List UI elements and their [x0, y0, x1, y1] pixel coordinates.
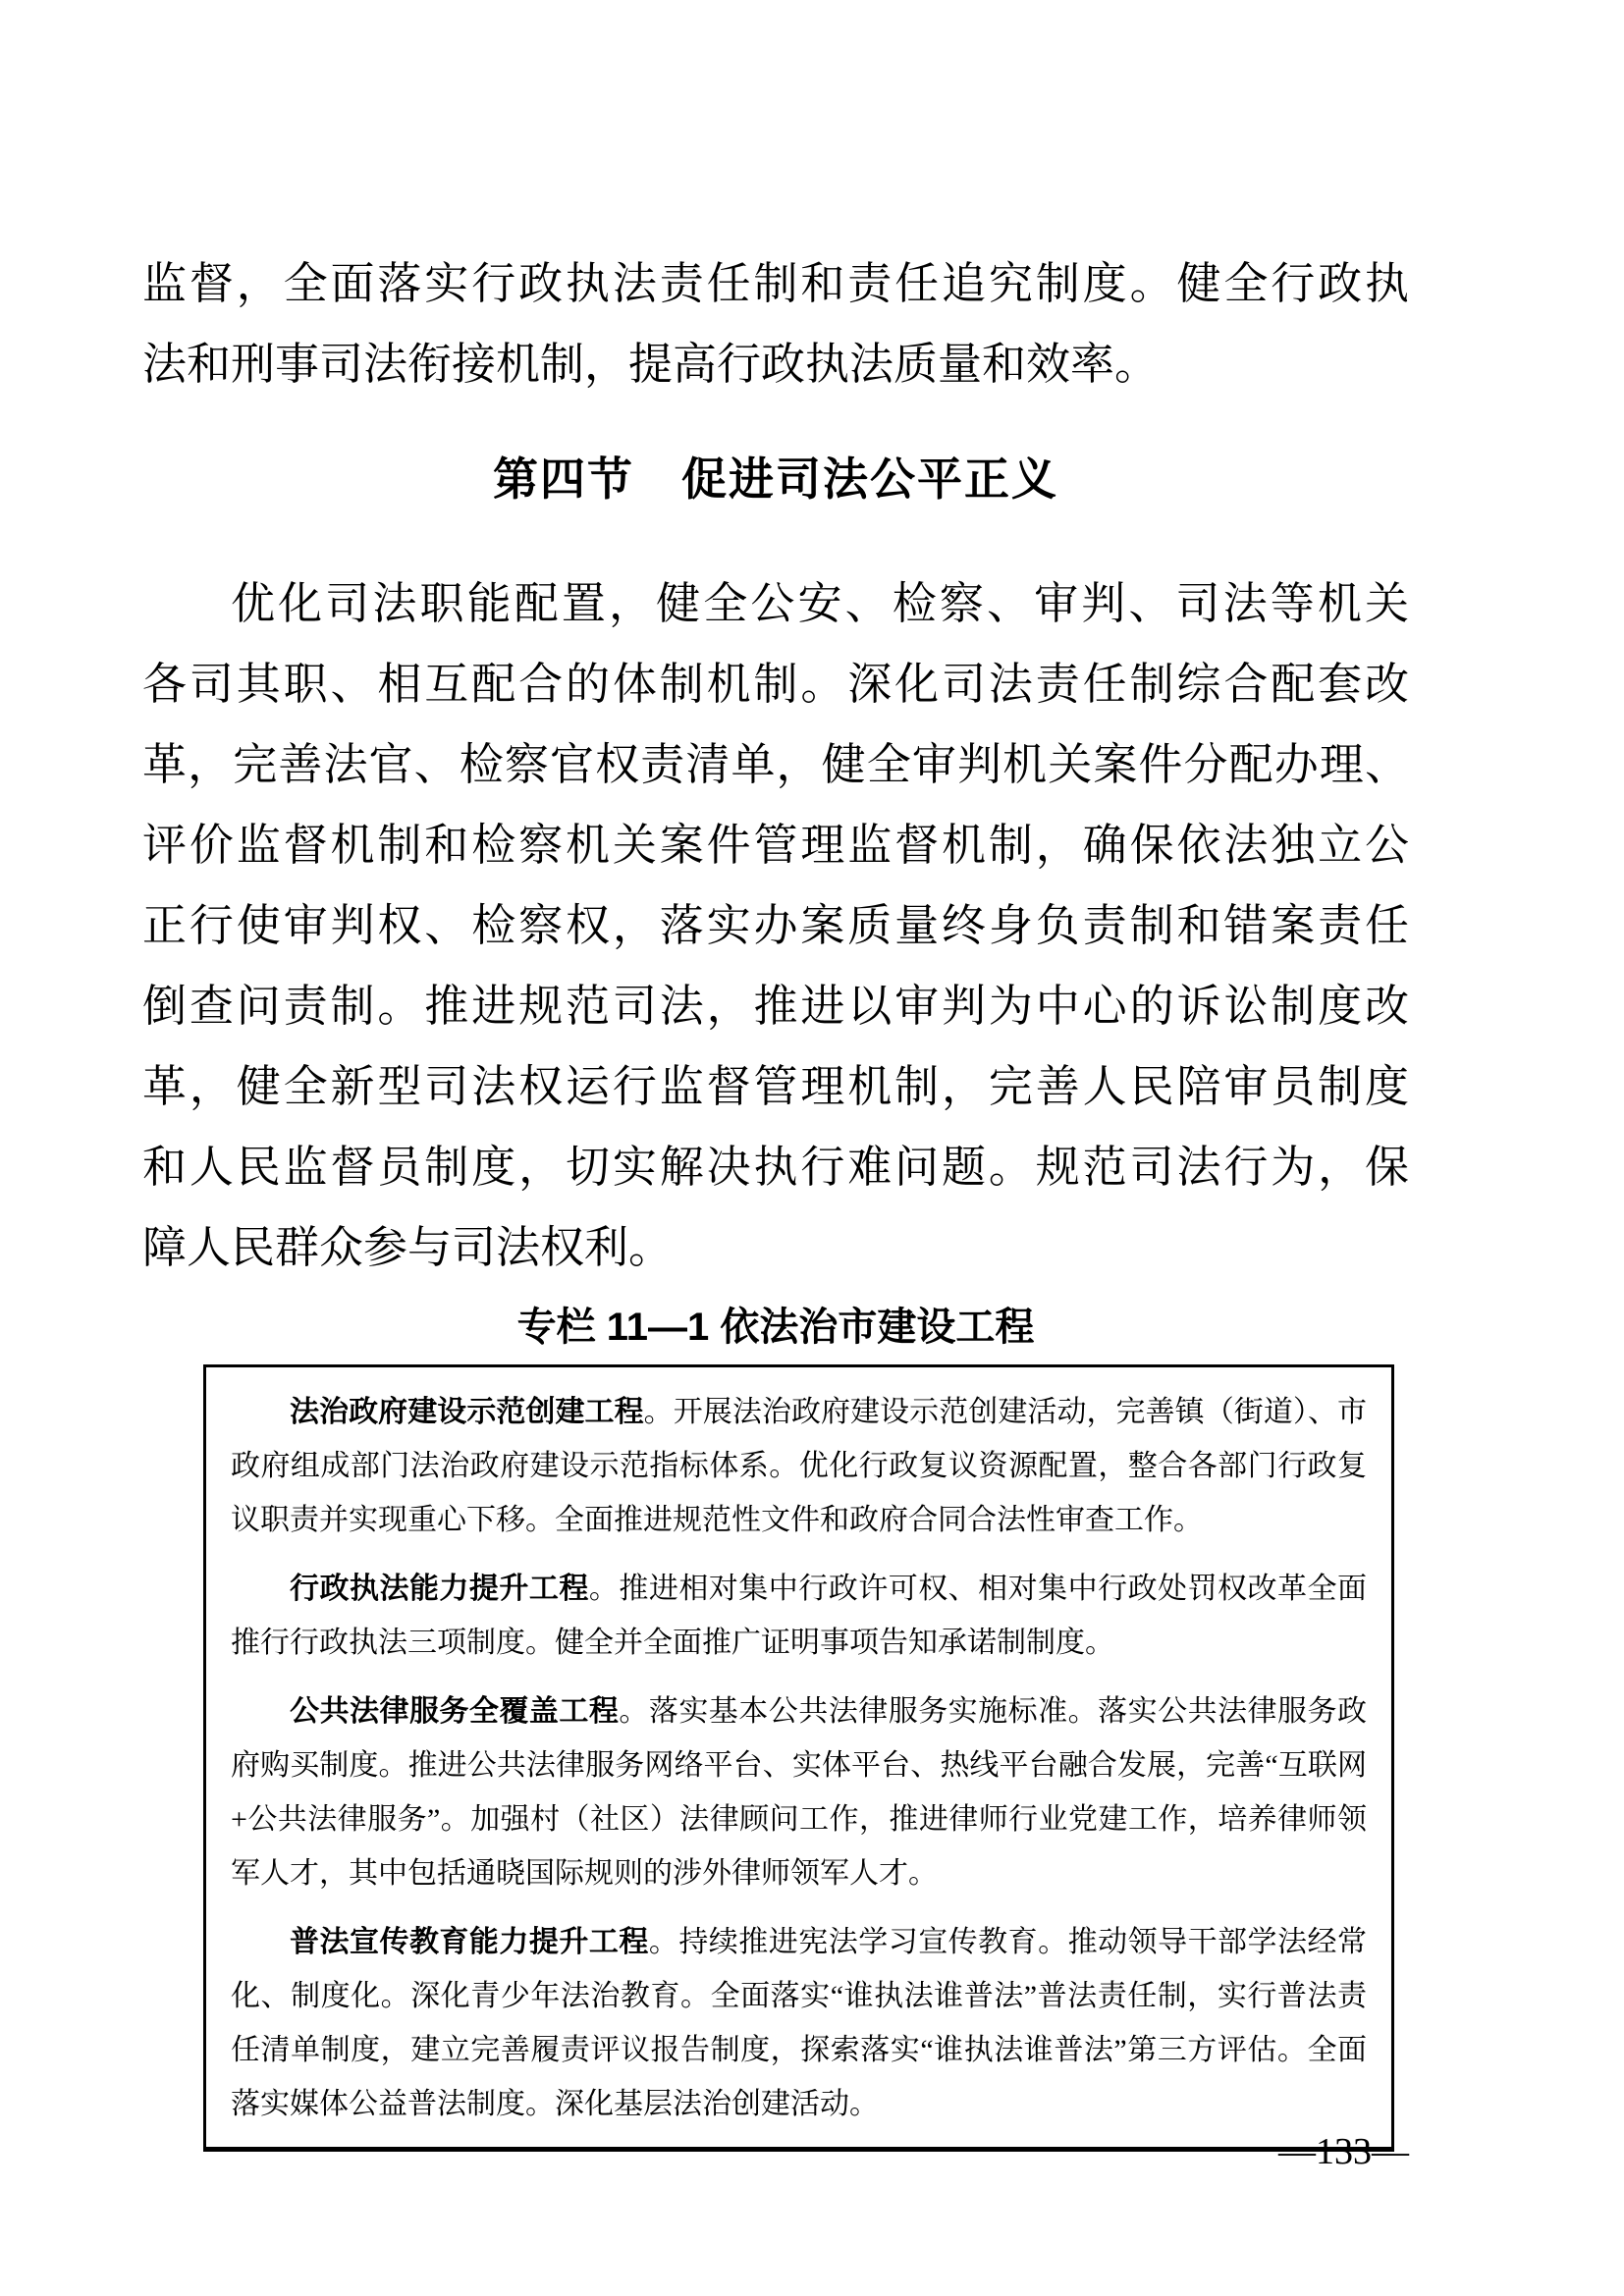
box-paragraph: 法治政府建设示范创建工程。开展法治政府建设示范创建活动，完善镇（街道）、市政府组…	[231, 1385, 1367, 1547]
box-paragraph: 公共法律服务全覆盖工程。落实基本公共法律服务实施标准。落实公共法律服务政府购买制…	[231, 1684, 1367, 1900]
intro-paragraph: 监督，全面落实行政执法责任制和责任追究制度。健全行政执 法和刑事司法衔接机制，提…	[142, 243, 1409, 404]
box-paragraph: 行政执法能力提升工程。推进相对集中行政许可权、相对集中行政处罚权改革全面推行行政…	[231, 1562, 1367, 1670]
document-page: { "intro": { "lines": [ "监督，全面落实行政执法责任制和…	[0, 0, 1624, 2296]
body-line: 优化司法职能配置，健全公安、检察、审判、司法等机关	[142, 563, 1409, 644]
box-paragraph-lead: 公共法律服务全覆盖工程	[290, 1695, 619, 1728]
box-paragraph-lead: 行政执法能力提升工程	[290, 1573, 589, 1605]
box-paragraph-lead: 法治政府建设示范创建工程	[290, 1396, 644, 1428]
body-paragraph: 优化司法职能配置，健全公安、检察、审判、司法等机关 各司其职、相互配合的体制机制…	[142, 563, 1409, 1288]
body-line: 各司其职、相互配合的体制机制。深化司法责任制综合配套改	[142, 644, 1409, 724]
body-line: 革，完善法官、检察官权责清单，健全审判机关案件分配办理、	[142, 724, 1409, 805]
info-box: 法治政府建设示范创建工程。开展法治政府建设示范创建活动，完善镇（街道）、市政府组…	[203, 1364, 1394, 2152]
box-title: 专栏 11—1 依法治市建设工程	[142, 1298, 1409, 1357]
body-line: 评价监督机制和检察机关案件管理监督机制，确保依法独立公	[142, 805, 1409, 885]
body-line: 正行使审判权、检察权，落实办案质量终身负责制和错案责任	[142, 885, 1409, 966]
page-number: —133—	[1278, 2128, 1409, 2175]
intro-line: 法和刑事司法衔接机制，提高行政执法质量和效率。	[142, 324, 1409, 404]
body-line: 障人民群众参与司法权利。	[142, 1207, 1409, 1288]
page-content: 监督，全面落实行政执法责任制和责任追究制度。健全行政执 法和刑事司法衔接机制，提…	[0, 0, 1624, 2152]
box-paragraph: 普法宣传教育能力提升工程。持续推进宪法学习宣传教育。推动领导干部学法经常化、制度…	[231, 1915, 1367, 2131]
box-paragraph-lead: 普法宣传教育能力提升工程	[290, 1926, 649, 1958]
body-line: 倒查问责制。推进规范司法，推进以审判为中心的诉讼制度改	[142, 966, 1409, 1046]
body-line: 革，健全新型司法权运行监督管理机制，完善人民陪审员制度	[142, 1046, 1409, 1127]
body-line: 和人民监督员制度，切实解决执行难问题。规范司法行为，保	[142, 1127, 1409, 1207]
intro-line: 监督，全面落实行政执法责任制和责任追究制度。健全行政执	[142, 243, 1409, 324]
section-heading: 第四节 促进司法公平正义	[142, 438, 1409, 520]
